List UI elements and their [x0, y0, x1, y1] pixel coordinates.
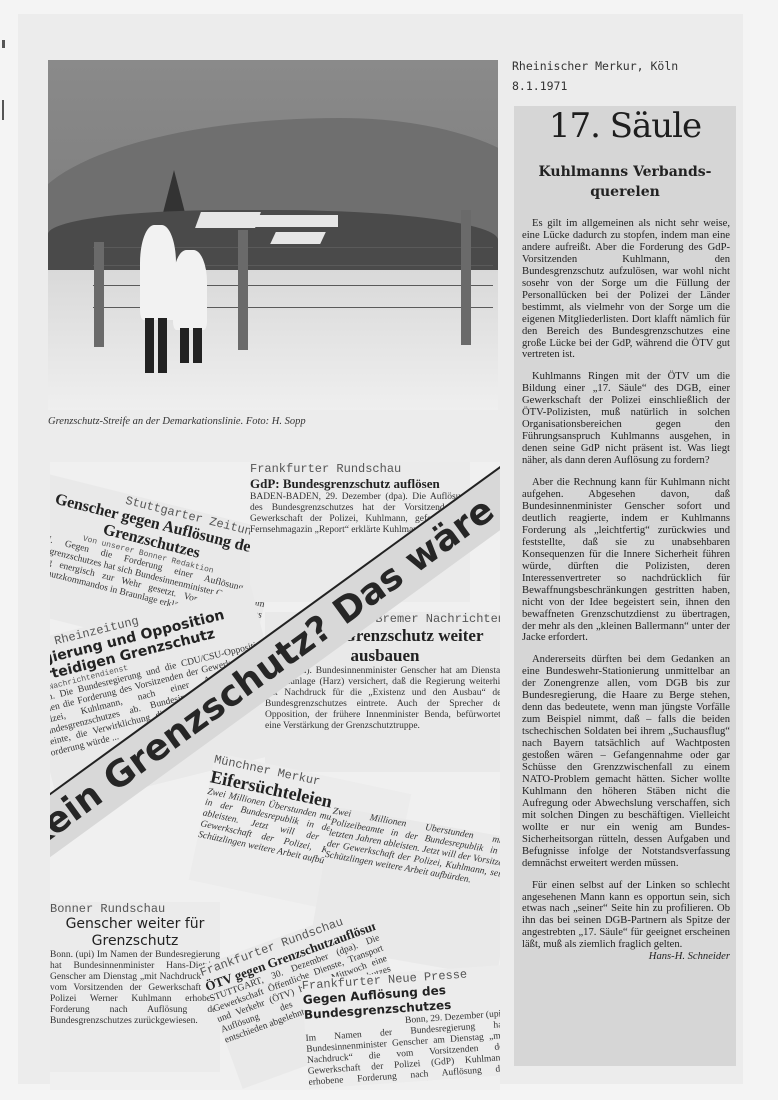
- photo-caption: Grenzschutz-Streife an der Demarkationsl…: [48, 416, 306, 427]
- scan-mark: [2, 100, 4, 120]
- clip-frankfurter-neue-presse: Frankfurter Neue Presse Gegen Auflösung …: [301, 965, 500, 1089]
- article-paragraph: Aber die Rechnung kann für Kuhlmann nich…: [522, 477, 730, 644]
- publication-date: 8.1.1971: [512, 76, 678, 96]
- article-column: 17. Säule Kuhlmanns Verbands-querelen Es…: [514, 106, 736, 1066]
- clip-bonner-rundschau: Bonner Rundschau Genscher weiter für Gre…: [50, 902, 220, 1072]
- article-paragraph: Andererseits dürften bei dem Gedanken an…: [522, 654, 730, 869]
- article-paragraph: Es gilt im allgemeinen als nicht sehr we…: [522, 218, 730, 361]
- border-patrol-photo: [48, 60, 498, 410]
- article-title: 17. Säule: [514, 106, 736, 146]
- article-subtitle: Kuhlmanns Verbands-querelen: [514, 162, 736, 202]
- newspaper-name: Rheinischer Merkur, Köln: [512, 56, 678, 76]
- source-info: Rheinischer Merkur, Köln 8.1.1971: [512, 56, 678, 96]
- press-clippings-collage: Stuttgarter Zeitung Genscher gegen Auflö…: [50, 462, 500, 1090]
- article-paragraph: Kuhlmanns Ringen mit der ÖTV um die Bild…: [522, 371, 730, 467]
- article-body: Es gilt im allgemeinen als nicht sehr we…: [522, 218, 730, 963]
- article-paragraph: Für einen selbst auf der Linken so schle…: [522, 880, 730, 952]
- scan-mark: [2, 40, 5, 48]
- article-author: Hans-H. Schneider: [639, 951, 730, 963]
